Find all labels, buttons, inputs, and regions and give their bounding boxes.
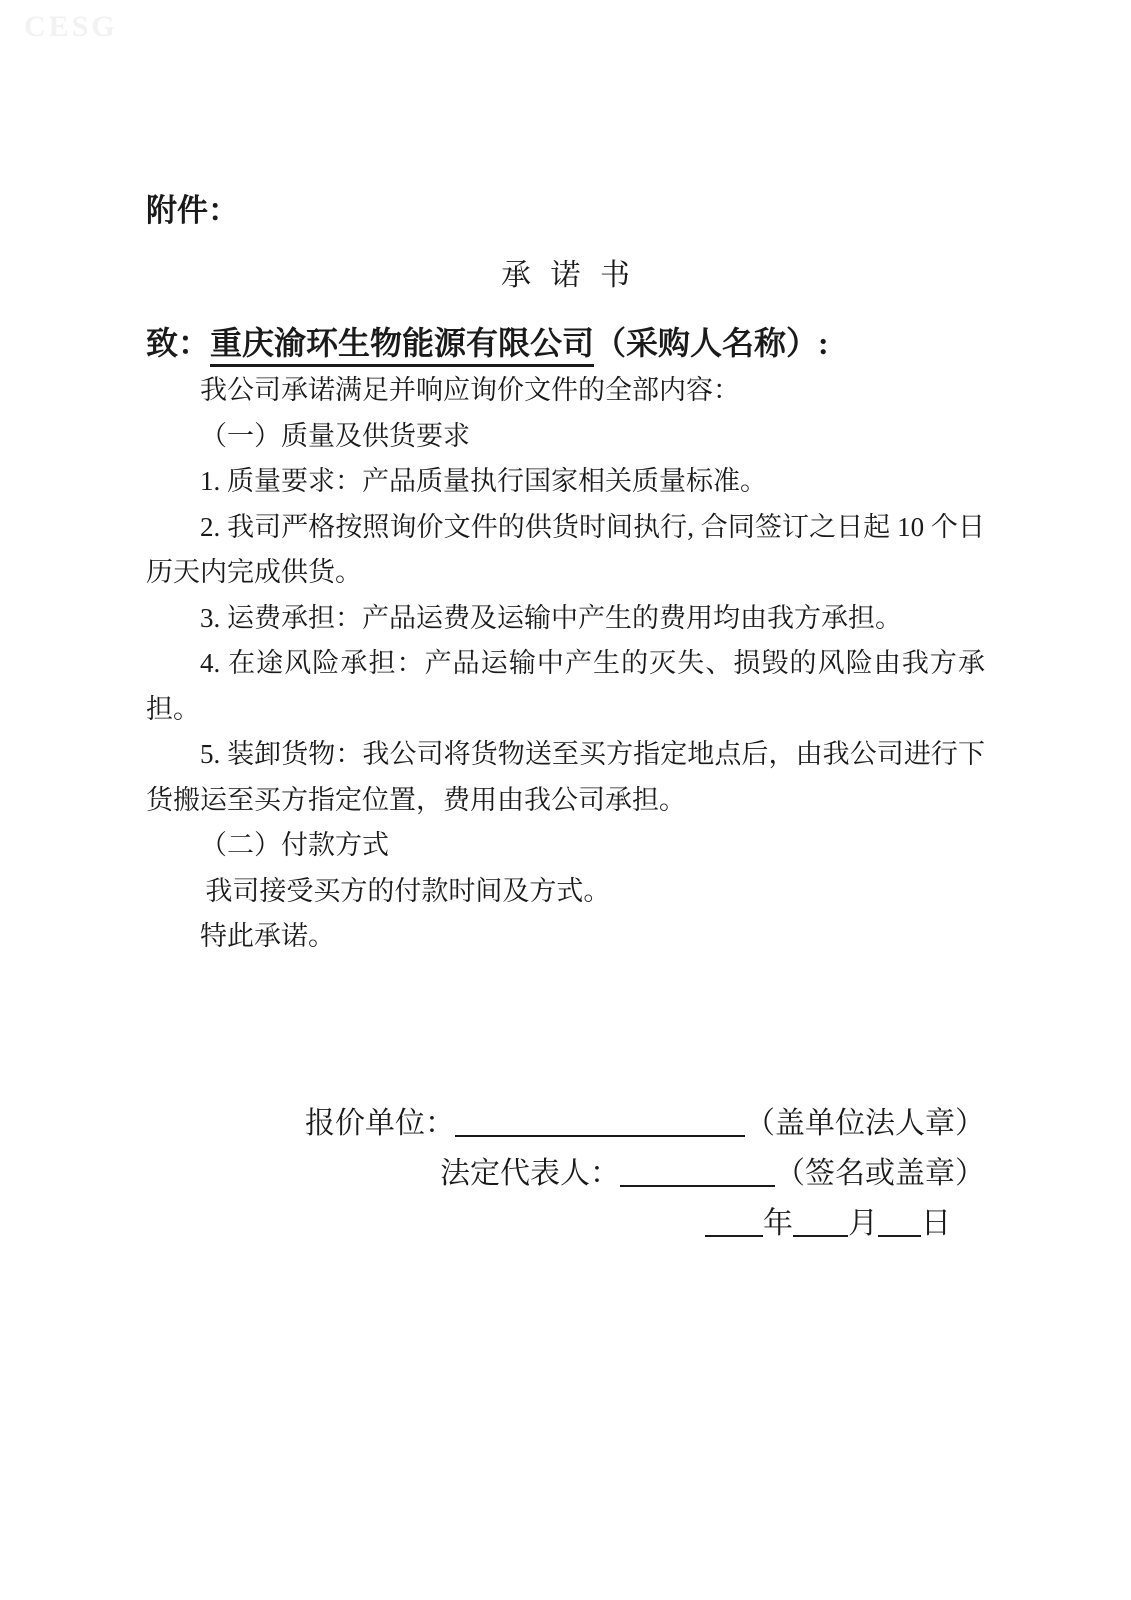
item-5-unloading: 5. 装卸货物：我公司将货物送至买方指定地点后，由我公司进行下货搬运至买方指定位… — [146, 732, 985, 823]
quote-unit-blank — [455, 1135, 745, 1137]
date-line: 年月日 — [146, 1199, 985, 1249]
payment-statement: 我司接受买方的付款时间及方式。 — [146, 869, 985, 915]
date-year-label: 年 — [763, 1207, 793, 1240]
date-day-label: 日 — [921, 1207, 951, 1240]
document-content: 附件： 承 诺 书 致：重庆渝环生物能源有限公司（采购人名称）: 我公司承诺满足… — [0, 0, 1131, 1249]
quote-unit-label: 报价单位： — [305, 1107, 455, 1140]
signature-block: 报价单位：（盖单位法人章） 法定代表人：（签名或盖章） 年月日 — [146, 1099, 985, 1249]
document-page: CESG 附件： 承 诺 书 致：重庆渝环生物能源有限公司（采购人名称）: 我公… — [0, 0, 1131, 1600]
date-month-blank — [793, 1235, 848, 1237]
section-1-heading: （一）质量及供货要求 — [146, 414, 985, 460]
item-3-freight: 3. 运费承担：产品运费及运输中产生的费用均由我方承担。 — [146, 596, 985, 642]
recipient-line: 致：重庆渝环生物能源有限公司（采购人名称）: — [146, 320, 985, 366]
watermark-logo: CESG — [24, 10, 118, 44]
date-month-label: 月 — [848, 1207, 878, 1240]
legal-rep-blank — [620, 1185, 775, 1187]
body-block: 我公司承诺满足并响应询价文件的全部内容： （一）质量及供货要求 1. 质量要求：… — [146, 368, 985, 960]
legal-rep-line: 法定代表人：（签名或盖章） — [146, 1149, 985, 1199]
intro-paragraph: 我公司承诺满足并响应询价文件的全部内容： — [146, 368, 985, 414]
quote-unit-note: （盖单位法人章） — [745, 1107, 985, 1140]
item-1-quality: 1. 质量要求：产品质量执行国家相关质量标准。 — [146, 459, 985, 505]
recipient-suffix: （采购人名称）: — [594, 325, 829, 361]
attachment-label: 附件： — [146, 188, 985, 233]
recipient-prefix: 致： — [146, 325, 210, 361]
section-2-heading: （二）付款方式 — [146, 823, 985, 869]
item-2-delivery-time: 2. 我司严格按照询价文件的供货时间执行, 合同签订之日起 10 个日历天内完成… — [146, 505, 985, 596]
recipient-company-name: 重庆渝环生物能源有限公司 — [210, 325, 594, 367]
quote-unit-line: 报价单位：（盖单位法人章） — [146, 1099, 985, 1149]
closing-statement: 特此承诺。 — [146, 914, 985, 960]
date-day-blank — [878, 1235, 921, 1237]
legal-rep-label: 法定代表人： — [440, 1157, 620, 1190]
document-title: 承 诺 书 — [146, 253, 985, 298]
legal-rep-note: （签名或盖章） — [775, 1157, 985, 1190]
item-4-transit-risk: 4. 在途风险承担：产品运输中产生的灭失、损毁的风险由我方承担。 — [146, 641, 985, 732]
date-year-blank — [705, 1235, 763, 1237]
